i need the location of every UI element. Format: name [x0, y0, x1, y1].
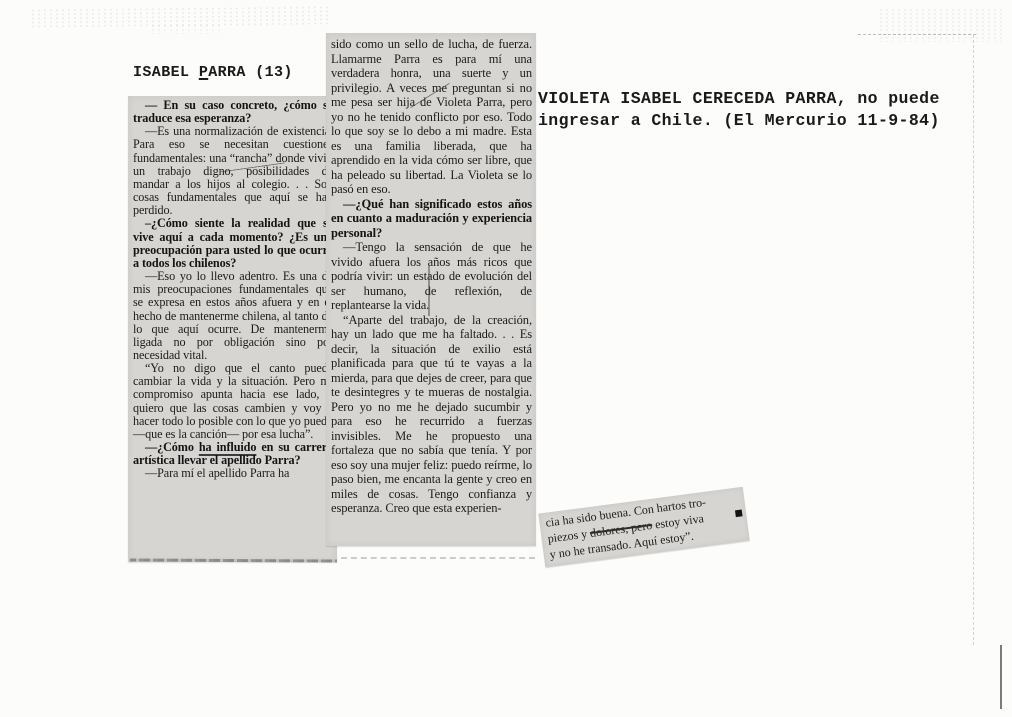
typewritten-caption-line: VIOLETA ISABEL CERECEDA PARRA, no puede — [538, 88, 940, 110]
interview-answer-continued: sido como un sello de lucha, de fuerza. … — [331, 37, 532, 197]
clipping-title-text: ISABEL — [133, 64, 199, 81]
question-text: —¿Cómo — [145, 440, 199, 454]
interview-answer: —Es una normalización de existencia. Par… — [133, 125, 333, 217]
scan-smudge-top-right — [878, 8, 1006, 42]
interview-question: —¿Qué han significado estos años en cuan… — [331, 197, 532, 241]
interview-answer: —Para mí el apellido Parra ha — [133, 467, 333, 480]
interview-question: — En su caso concreto, ¿cómo se traduce … — [133, 99, 333, 125]
end-of-article-mark: ■ — [734, 507, 744, 522]
clipping-title: ISABEL PARRA (13) — [133, 64, 293, 81]
pen-underlined-text: ha influido — [199, 440, 257, 454]
scan-line-artifact-top-right — [858, 34, 976, 35]
interview-answer: —Tengo la sensación de que he vivido afu… — [331, 240, 532, 313]
paper-crease-mark — [428, 266, 430, 316]
interview-answer: “Yo no digo que el canto pueda cambiar l… — [133, 362, 333, 441]
scan-line-artifact-right-edge — [973, 35, 974, 645]
typewritten-caption-line: ingresar a Chile. (El Mercurio 11-9-84) — [538, 110, 940, 132]
interview-question: —¿Cómo ha influido en su carrera artísti… — [133, 441, 333, 467]
interview-answer: —Eso yo lo llevo adentro. Es una de mis … — [133, 270, 333, 362]
newspaper-column-middle: sido como un sello de lucha, de fuerza. … — [326, 33, 536, 546]
clipping-title-underlined-letter: P — [199, 64, 208, 81]
interview-question: –¿Cómo siente la realidad que se vive aq… — [133, 217, 333, 270]
scan-line-artifact-bottom-right — [1000, 645, 1002, 709]
newspaper-column-left: — En su caso concreto, ¿cómo se traduce … — [128, 96, 337, 562]
scan-smudge-top-left-small — [150, 24, 220, 34]
interview-answer: “Aparte del trabajo, de la creación, hay… — [331, 313, 532, 516]
torn-edge — [341, 557, 535, 559]
clipping-fragment: cia ha sido buena. Con hartos tro- piezo… — [538, 487, 749, 567]
typewritten-caption: VIOLETA ISABEL CERECEDA PARRA, no puede … — [538, 88, 940, 131]
scanned-press-clipping-page: ISABEL PARRA (13) — En su caso concreto,… — [0, 0, 1012, 717]
clipping-title-text: ARRA (13) — [208, 64, 293, 81]
